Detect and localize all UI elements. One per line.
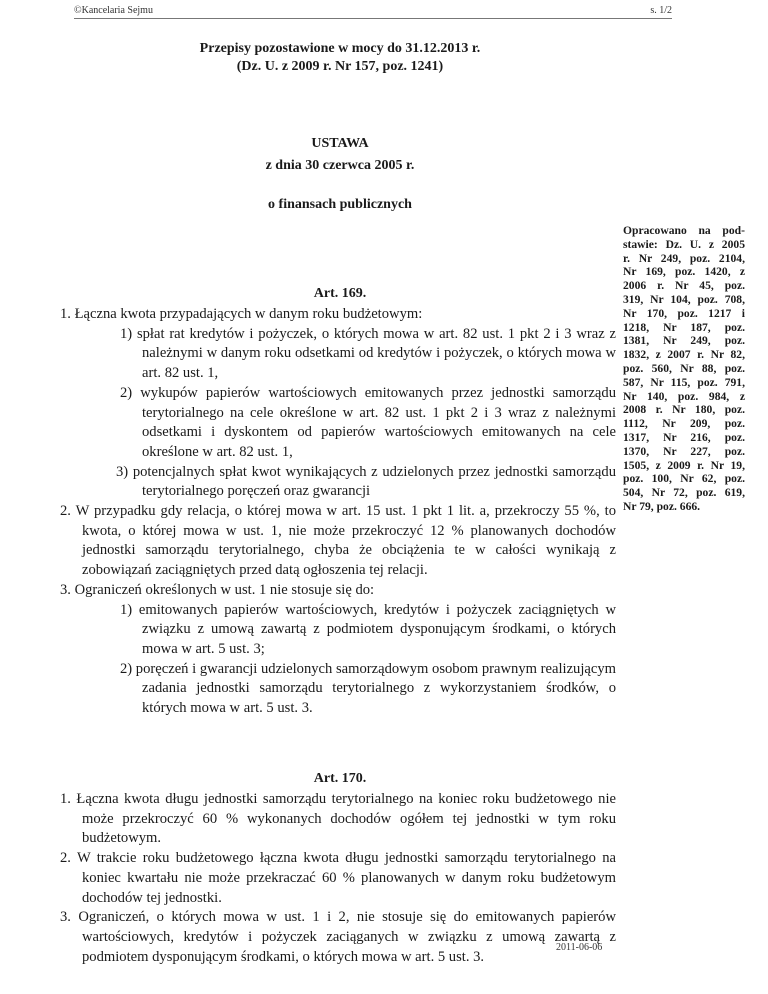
sidebar-line: r. Nr 249, poz. 2104, <box>623 252 745 266</box>
art169-paragraph-2: 2. W przypadku gdy relacja, o której mow… <box>60 502 616 581</box>
page-number: s. 1/2 <box>650 5 672 16</box>
footer-date: 2011-06-06 <box>556 942 602 953</box>
sidebar-line: 1218, Nr 187, poz. <box>623 321 745 335</box>
art170-body: 1. Łączna kwota długu jednostki samorząd… <box>60 790 616 967</box>
sidebar-line: poz. 560, Nr 88, poz. <box>623 362 745 376</box>
sidebar-line: 1317, Nr 216, poz. <box>623 431 745 445</box>
sidebar-sources: Opracowano na pod- stawie: Dz. U. z 2005… <box>623 224 745 514</box>
sidebar-line: Nr 169, poz. 1420, z <box>623 265 745 279</box>
art170-heading: Art. 170. <box>60 770 620 788</box>
sidebar-line: Opracowano na pod- <box>623 224 745 238</box>
art170-paragraph-3: 3. Ograniczeń, o których mowa w ust. 1 i… <box>60 908 616 967</box>
art169-p3-item-2: 2) poręczeń i gwarancji udzielonych samo… <box>122 660 616 719</box>
sidebar-line: 1832, z 2007 r. Nr 82, <box>623 348 745 362</box>
sidebar-line: 1505, z 2009 r. Nr 19, <box>623 459 745 473</box>
title-line-1: Przepisy pozostawione w mocy do 31.12.20… <box>60 40 620 58</box>
page-header: ©Kancelaria Sejmu s. 1/2 <box>74 2 672 19</box>
act-subject: o finansach publicznych <box>60 196 620 214</box>
art169-p1-item-3: 3) potencjalnych spłat kwot wynikających… <box>114 463 616 502</box>
sidebar-line: Nr 79, poz. 666. <box>623 500 745 514</box>
art170-paragraph-1: 1. Łączna kwota długu jednostki samorząd… <box>60 790 616 849</box>
title-line-2: (Dz. U. z 2009 r. Nr 157, poz. 1241) <box>60 58 620 76</box>
sidebar-line: 2006 r. Nr 45, poz. <box>623 279 745 293</box>
document-title: Przepisy pozostawione w mocy do 31.12.20… <box>60 40 620 76</box>
sidebar-line: 587, Nr 115, poz. 791, <box>623 376 745 390</box>
sidebar-line: 1370, Nr 227, poz. <box>623 445 745 459</box>
art169-paragraph-3: 3. Ograniczeń określonych w ust. 1 nie s… <box>60 581 616 601</box>
sidebar-line: poz. 100, Nr 62, poz. <box>623 472 745 486</box>
art170-paragraph-2: 2. W trakcie roku budżetowego łączna kwo… <box>60 849 616 908</box>
art169-body: 1. Łączna kwota przypadających w danym r… <box>60 305 616 719</box>
sidebar-line: 504, Nr 72, poz. 619, <box>623 486 745 500</box>
art169-heading: Art. 169. <box>60 285 620 303</box>
art169-paragraph-1: 1. Łączna kwota przypadających w danym r… <box>60 305 616 325</box>
sidebar-line: Nr 140, poz. 984, z <box>623 390 745 404</box>
header-source: ©Kancelaria Sejmu <box>74 5 153 16</box>
art169-p1-item-2: 2) wykupów papierów wartościowych emitow… <box>122 384 616 463</box>
act-date: z dnia 30 czerwca 2005 r. <box>60 157 620 175</box>
sidebar-line: 1112, Nr 209, poz. <box>623 417 745 431</box>
sidebar-line: stawie: Dz. U. z 2005 <box>623 238 745 252</box>
sidebar-line: 2008 r. Nr 180, poz. <box>623 403 745 417</box>
art169-p3-item-1: 1) emitowanych papierów wartościowych, k… <box>122 601 616 660</box>
sidebar-line: 1381, Nr 249, poz. <box>623 334 745 348</box>
sidebar-line: Nr 170, poz. 1217 i <box>623 307 745 321</box>
art169-p1-item-1: 1) spłat rat kredytów i pożyczek, o któr… <box>122 325 616 384</box>
sidebar-line: 319, Nr 104, poz. 708, <box>623 293 745 307</box>
act-type: USTAWA <box>60 135 620 153</box>
